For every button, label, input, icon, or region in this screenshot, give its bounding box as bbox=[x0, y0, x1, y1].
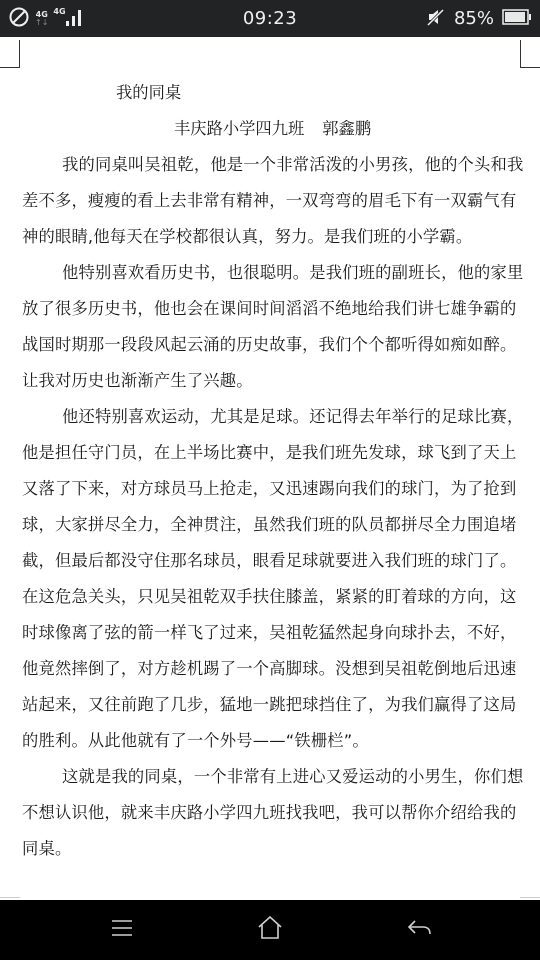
text-line: 战国时期那一段段风起云涌的历史故事，我们个个都听得如痴如醉。 bbox=[22, 327, 518, 363]
document-body: 我的同桌 丰庆路小学四九班郭鑫鹏 我的同桌叫吴祖乾，他是一个非常活泼的小男孩，他… bbox=[22, 75, 518, 867]
text-line: 站起来，又往前跑了几步，猛地一跳把球挡住了，为我们赢得了这局 bbox=[22, 687, 518, 723]
document-byline: 丰庆路小学四九班郭鑫鹏 bbox=[22, 111, 518, 147]
status-right: 85% bbox=[426, 0, 532, 37]
text-line: 球，大家拼尽全力，全神贯注，虽然我们班的队员都拼尽全力围追堵 bbox=[22, 507, 518, 543]
paragraph-2: 他特别喜欢看历史书，也很聪明。是我们班的副班长，他的家里 放了很多历史书，他也会… bbox=[22, 255, 518, 399]
text-line: 放了很多历史书，他也会在课间时间滔滔不绝地给我们讲七雄争霸的 bbox=[22, 291, 518, 327]
home-icon bbox=[257, 916, 283, 944]
home-button[interactable] bbox=[230, 900, 310, 960]
text-line: 他特别喜欢看历史书，也很聪明。是我们班的副班长，他的家里 bbox=[22, 255, 518, 291]
navigation-bar bbox=[0, 900, 540, 960]
battery-icon bbox=[502, 8, 532, 30]
document-title: 我的同桌 bbox=[22, 75, 518, 111]
text-line: 截，但最后都没守住那名球员，眼看足球就要进入我们班的球门了。 bbox=[22, 543, 518, 579]
text-line: 差不多，瘦瘦的看上去非常有精神，一双弯弯的眉毛下有一双霸气有 bbox=[22, 183, 518, 219]
text-line: 又落了下来，对方球员马上抢走，又迅速踢向我们的球门，为了抢到 bbox=[22, 471, 518, 507]
document-page[interactable]: 我的同桌 丰庆路小学四九班郭鑫鹏 我的同桌叫吴祖乾，他是一个非常活泼的小男孩，他… bbox=[0, 37, 540, 900]
paragraph-1: 我的同桌叫吴祖乾，他是一个非常活泼的小男孩，他的个头和我 差不多，瘦瘦的看上去非… bbox=[22, 147, 518, 255]
back-icon bbox=[407, 918, 433, 942]
text-line: 的胜利。从此他就有了一个外号——“铁栅栏”。 bbox=[22, 723, 518, 759]
text-line: 同桌。 bbox=[22, 831, 518, 867]
text-line: 他是担任守门员，在上半场比赛中，是我们班先发球，球飞到了天上 bbox=[22, 435, 518, 471]
page-corner-mark bbox=[0, 897, 20, 898]
text-line: 让我对历史也渐渐产生了兴趣。 bbox=[22, 363, 518, 399]
battery-percent: 85% bbox=[454, 8, 494, 29]
status-bar: 4G ↑↓ 4G 09:23 85% bbox=[0, 0, 540, 37]
page-corner-mark bbox=[520, 40, 540, 68]
paragraph-4: 这就是我的同桌，一个非常有上进心又爱运动的小男生，你们想 不想认识他，就来丰庆路… bbox=[22, 759, 518, 867]
school-class: 丰庆路小学四九班 bbox=[174, 119, 304, 138]
paragraph-3: 他还特别喜欢运动，尤其是足球。还记得去年举行的足球比赛， 他是担任守门员，在上半… bbox=[22, 399, 518, 759]
text-line: 他还特别喜欢运动，尤其是足球。还记得去年举行的足球比赛， bbox=[22, 399, 518, 435]
menu-icon bbox=[111, 919, 133, 941]
menu-button[interactable] bbox=[82, 900, 162, 960]
author-name: 郭鑫鹏 bbox=[322, 119, 371, 138]
text-line: 在这危急关头，只见吴祖乾双手扶住膝盖，紧紧的盯着球的方向，这 bbox=[22, 579, 518, 615]
text-line: 神的眼睛,他每天在学校都很认真，努力。是我们班的小学霸。 bbox=[22, 219, 518, 255]
text-line: 不想认识他，就来丰庆路小学四九班找我吧，我可以帮你介绍给我的 bbox=[22, 795, 518, 831]
page-corner-mark bbox=[0, 40, 20, 68]
text-line: 这就是我的同桌，一个非常有上进心又爱运动的小男生，你们想 bbox=[22, 759, 518, 795]
text-line: 他竟然摔倒了，对方趁机踢了一个高脚球。没想到吴祖乾倒地后迅速 bbox=[22, 651, 518, 687]
back-button[interactable] bbox=[380, 900, 460, 960]
text-line: 时球像离了弦的箭一样飞了过来，吴祖乾猛然起身向球扑去，不好， bbox=[22, 615, 518, 651]
page-corner-mark bbox=[520, 897, 540, 898]
text-line: 我的同桌叫吴祖乾，他是一个非常活泼的小男孩，他的个头和我 bbox=[22, 147, 518, 183]
muted-speaker-icon bbox=[426, 7, 446, 31]
